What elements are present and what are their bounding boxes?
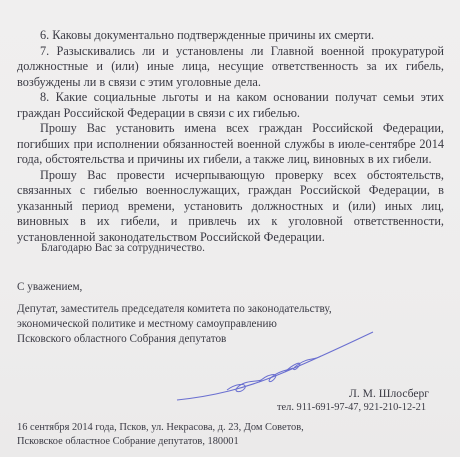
request-paragraph-2: Прошу Вас провести исчерпывающую проверк… <box>17 168 444 246</box>
thanks-line: Благодарю Вас за сотрудничество. <box>41 241 205 256</box>
footer-line-1: 16 сентября 2014 года, Псков, ул. Некрас… <box>17 421 304 435</box>
item-6: 6. Каковы документально подтвержденные п… <box>17 28 444 44</box>
closing-line: С уважением, <box>17 280 82 295</box>
item-8: 8. Какие социальные льготы и на каком ос… <box>17 90 444 121</box>
footer: 16 сентября 2014 года, Псков, ул. Некрас… <box>17 421 304 449</box>
position-line-1: Депутат, заместитель председателя комите… <box>17 302 332 317</box>
item-7: 7. Разыскивались ли и установлены ли Гла… <box>17 44 444 91</box>
document-page: 6. Каковы документально подтвержденные п… <box>0 0 460 457</box>
signer-name: Л. М. Шлосберг <box>349 387 429 400</box>
signer-phone: тел. 911-691-97-47, 921-210-12-21 <box>277 402 426 413</box>
request-paragraph-1: Прошу Вас установить имена всех граждан … <box>17 121 444 168</box>
signature-icon <box>175 330 375 405</box>
footer-line-2: Псковское областное Собрание депутатов, … <box>17 435 304 449</box>
document-body: 6. Каковы документально подтвержденные п… <box>17 28 444 245</box>
